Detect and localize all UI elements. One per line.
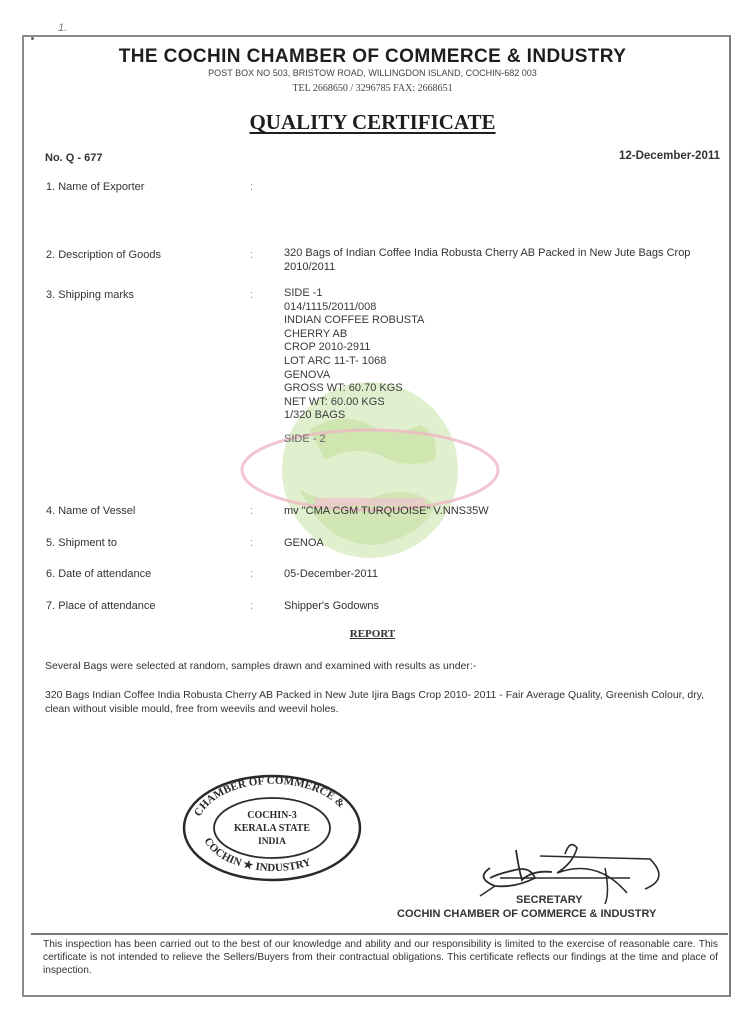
- shipping-mark-line: INDIAN COFFEE ROBUSTA: [284, 314, 424, 328]
- document-title: QUALITY CERTIFICATE: [0, 110, 745, 135]
- report-heading: REPORT: [0, 628, 745, 640]
- shipping-mark-line: LOT ARC 11-T- 1068: [284, 355, 424, 369]
- shipping-mark-line: 1/320 BAGS: [284, 409, 424, 423]
- field-label-date-attendance: 6. Date of attendance: [46, 568, 151, 580]
- disclaimer-text: This inspection has been carried out to …: [43, 938, 718, 977]
- field-colon: :: [250, 249, 253, 261]
- document-title-text: QUALITY CERTIFICATE: [249, 110, 495, 134]
- shipping-mark-line: GENOVA: [284, 369, 424, 383]
- handwritten-corner-mark: 1.: [58, 22, 67, 34]
- field-colon: :: [250, 600, 253, 612]
- signatory-title: SECRETARY: [516, 894, 583, 906]
- field-colon: :: [250, 289, 253, 301]
- field-value-date-attendance: 05-December-2011: [284, 568, 378, 582]
- certificate-date: 12-December-2011: [619, 150, 720, 162]
- field-value-shipment-to: GENOA: [284, 537, 324, 551]
- disclaimer-divider: [31, 933, 728, 935]
- field-value-place-attendance: Shipper's Godowns: [284, 600, 379, 614]
- field-label-vessel: 4. Name of Vessel: [46, 505, 135, 517]
- organization-contact: TEL 2668650 / 3296785 FAX: 2668651: [0, 83, 745, 94]
- corner-dot: [31, 37, 34, 40]
- field-value-vessel: mv "CMA CGM TURQUOISE" V.NNS35W: [284, 505, 489, 519]
- shipping-mark-line: CROP 2010-2911: [284, 341, 424, 355]
- field-label-shipment-to: 5. Shipment to: [46, 537, 117, 549]
- shipping-mark-line: GROSS WT: 60.70 KGS: [284, 382, 424, 396]
- field-label-exporter: 1. Name of Exporter: [46, 181, 144, 193]
- shipping-mark-line: SIDE -1: [284, 287, 424, 301]
- svg-text:KERALA STATE: KERALA STATE: [234, 823, 310, 834]
- shipping-mark-line: CHERRY AB: [284, 328, 424, 342]
- svg-text:COCHIN-3: COCHIN-3: [247, 810, 296, 821]
- shipping-mark-side2: SIDE - 2: [284, 433, 424, 447]
- field-colon: :: [250, 568, 253, 580]
- shipping-mark-line: NET WT: 60.00 KGS: [284, 396, 424, 410]
- field-label-shipping-marks: 3. Shipping marks: [46, 289, 134, 301]
- field-colon: :: [250, 537, 253, 549]
- organization-address: POST BOX NO 503, BRISTOW ROAD, WILLINGDO…: [19, 68, 727, 79]
- field-value-description: 320 Bags of Indian Coffee India Robusta …: [284, 247, 724, 274]
- report-intro: Several Bags were selected at random, sa…: [45, 660, 476, 672]
- report-body: 320 Bags Indian Coffee India Robusta Che…: [45, 688, 725, 716]
- signatory-organization: COCHIN CHAMBER OF COMMERCE & INDUSTRY: [397, 908, 656, 920]
- svg-text:INDIA: INDIA: [258, 837, 286, 847]
- field-label-place-attendance: 7. Place of attendance: [46, 600, 155, 612]
- field-label-description: 2. Description of Goods: [46, 249, 161, 261]
- shipping-mark-line: 014/1115/2011/008: [284, 301, 424, 315]
- field-colon: :: [250, 505, 253, 517]
- organization-name: THE COCHIN CHAMBER OF COMMERCE & INDUSTR…: [0, 46, 745, 68]
- certificate-number: No. Q - 677: [45, 152, 102, 164]
- chamber-seal-stamp-icon: CHAMBER OF COMMERCE & COCHIN ★ INDUSTRY …: [180, 772, 365, 884]
- shipping-marks-block: SIDE -1 014/1115/2011/008 INDIAN COFFEE …: [284, 287, 424, 447]
- field-colon: :: [250, 181, 253, 193]
